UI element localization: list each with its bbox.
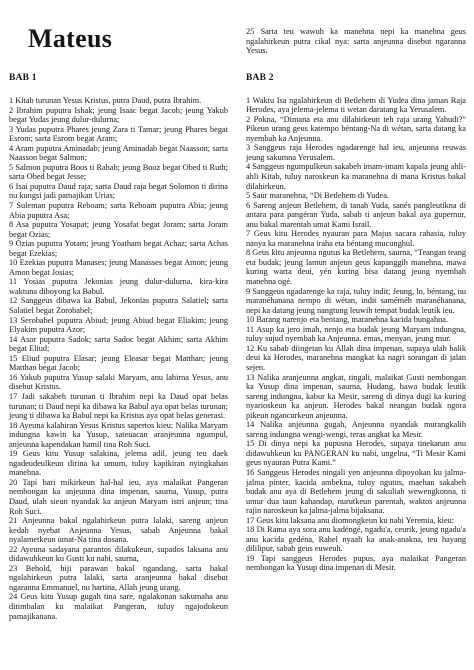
verse: 6 Sareng anjeun Betlehem, di tanah Yuda,… bbox=[246, 201, 466, 230]
verse: 11 Asup ka jero imah, nenjo eta budak je… bbox=[246, 325, 466, 344]
verse: 12 Sanggeus dibawa ka Babul, Jekonias pu… bbox=[9, 296, 228, 315]
verse: 8 Asa puputra Yosapat; jeung Yosafat beg… bbox=[9, 220, 228, 239]
verse: 14 Nalika anjeunna gugah, Anjeunna nyand… bbox=[246, 420, 466, 439]
verse: 14 Asor puputra Sadok; sarta Sadoc begat… bbox=[9, 335, 228, 354]
verse: 25 Sarta teu wawuh ka manehna nepi ka ma… bbox=[246, 27, 466, 56]
verse: 8 Geus kitu anjeunna ngutus ka Betlehem,… bbox=[246, 248, 466, 286]
verse: 13 Serobabel puputra Abiud; jeung Abiud … bbox=[9, 316, 228, 335]
bab-1-verses: 1 Kitab turunan Yesus Kristus, putra Dau… bbox=[9, 96, 228, 621]
document-page: Mateus BAB 1 1 Kitab turunan Yesus Krist… bbox=[0, 0, 474, 670]
verse: 18 Di Rama aya sora anu kadéngé, ngadu'a… bbox=[246, 525, 466, 554]
verse: 10 Ezekias puputra Manases; jeung Manass… bbox=[9, 258, 228, 277]
chapter-heading-bab-2: BAB 2 bbox=[246, 73, 466, 83]
verse: 6 Isai puputra Daud raja; sarta Daud raj… bbox=[9, 182, 228, 201]
verse: 5 Saur maranehna, “Di Betlehem di Yudea. bbox=[246, 191, 466, 201]
verse: 3 Sanggeus raja Herodes ngadarenge hal i… bbox=[246, 143, 466, 162]
verse: 1 Kitab turunan Yesus Kristus, putra Dau… bbox=[9, 96, 228, 106]
verse: 16 Sanggeus Herodes ningali yen anjeunna… bbox=[246, 468, 466, 516]
verse: 7 Geus kitu Herodes nyauran para Majus s… bbox=[246, 229, 466, 248]
verse: 20 Tapi bari mikirkeun hal-hal ieu, aya … bbox=[9, 478, 228, 516]
verse: 21 Anjeunna bakal ngalahirkeun putra lal… bbox=[9, 516, 228, 545]
verse: 4 Sanggeus ngumpulkeun sakabeh imam-imam… bbox=[246, 162, 466, 191]
verse: 5 Salmon puputra Boos ti Rahab; jeung Bo… bbox=[9, 163, 228, 182]
verse: 22 Ayeuna sadayana parantos dilakukeun, … bbox=[9, 545, 228, 564]
verse: 13 Nalika aranjeunna angkat, tingali, ma… bbox=[246, 373, 466, 421]
verse: 3 Yudas puputra Phares jeung Zara ti Tam… bbox=[9, 125, 228, 144]
bab-2-verses: 1 Waktu Isa ngalahirkeun di Betlehem di … bbox=[246, 96, 466, 573]
verse: 17 Geus kitu laksana anu diomongkeun ku … bbox=[246, 516, 466, 526]
chapter-heading-bab-1: BAB 1 bbox=[9, 73, 228, 83]
verse: 16 Yakub puputra Yusup salaki Maryam, an… bbox=[9, 373, 228, 392]
verse: 24 Geus kitu Yusup gugah tina sare, ngal… bbox=[9, 592, 228, 621]
verse: 15 Eliud puputra Elasar; jeung Eleasar b… bbox=[9, 354, 228, 373]
verse: 2 Pokna, “Dimana eta anu dilahirkeun teh… bbox=[246, 115, 466, 144]
left-column: Mateus BAB 1 1 Kitab turunan Yesus Krist… bbox=[9, 24, 228, 621]
verse: 19 Tapi sanggeus Herodes pupus, aya mala… bbox=[246, 554, 466, 573]
verse: 9 Ozias puputra Yotam; jeung Yoatham beg… bbox=[9, 239, 228, 258]
verse: 19 Geus kitu Yusup salakina, jelema adil… bbox=[9, 449, 228, 478]
book-title: Mateus bbox=[28, 24, 228, 54]
verse: 9 Sanggeus ngadarenge ka raja, tuluy ind… bbox=[246, 287, 466, 316]
verse: 12 Ku sabab diingetan ku Allah dina impe… bbox=[246, 344, 466, 373]
verse: 11 Yosias puputra Jekonias jeung dulur-d… bbox=[9, 277, 228, 296]
verse: 23 Behold, hiji parawan bakal ngandang, … bbox=[9, 564, 228, 593]
verse: 1 Waktu Isa ngalahirkeun di Betlehem di … bbox=[246, 96, 466, 115]
verse: 7 Suleman puputra Reboam; sarta Reboam p… bbox=[9, 201, 228, 220]
bab-1-carryover-verses: 25 Sarta teu wawuh ka manehna nepi ka ma… bbox=[246, 27, 466, 56]
verse: 18 Ayeuna kalahiran Yesus Kristus sapert… bbox=[9, 421, 228, 450]
verse: 2 Ibrahim puputra Ishak; jeung Isaac beg… bbox=[9, 106, 228, 125]
verse: 15 Di dinya nepi ka pupusna Herodes, sup… bbox=[246, 439, 466, 468]
verse: 4 Aram puputra Aminadab; jeung Aminadab … bbox=[9, 144, 228, 163]
verse: 17 Jadi sakabeh turunan ti Ibrahim nepi … bbox=[9, 392, 228, 421]
verse: 10 Barang narenjo eta bentang, maranehna… bbox=[246, 315, 466, 325]
right-column: 25 Sarta teu wawuh ka manehna nepi ka ma… bbox=[246, 27, 466, 573]
